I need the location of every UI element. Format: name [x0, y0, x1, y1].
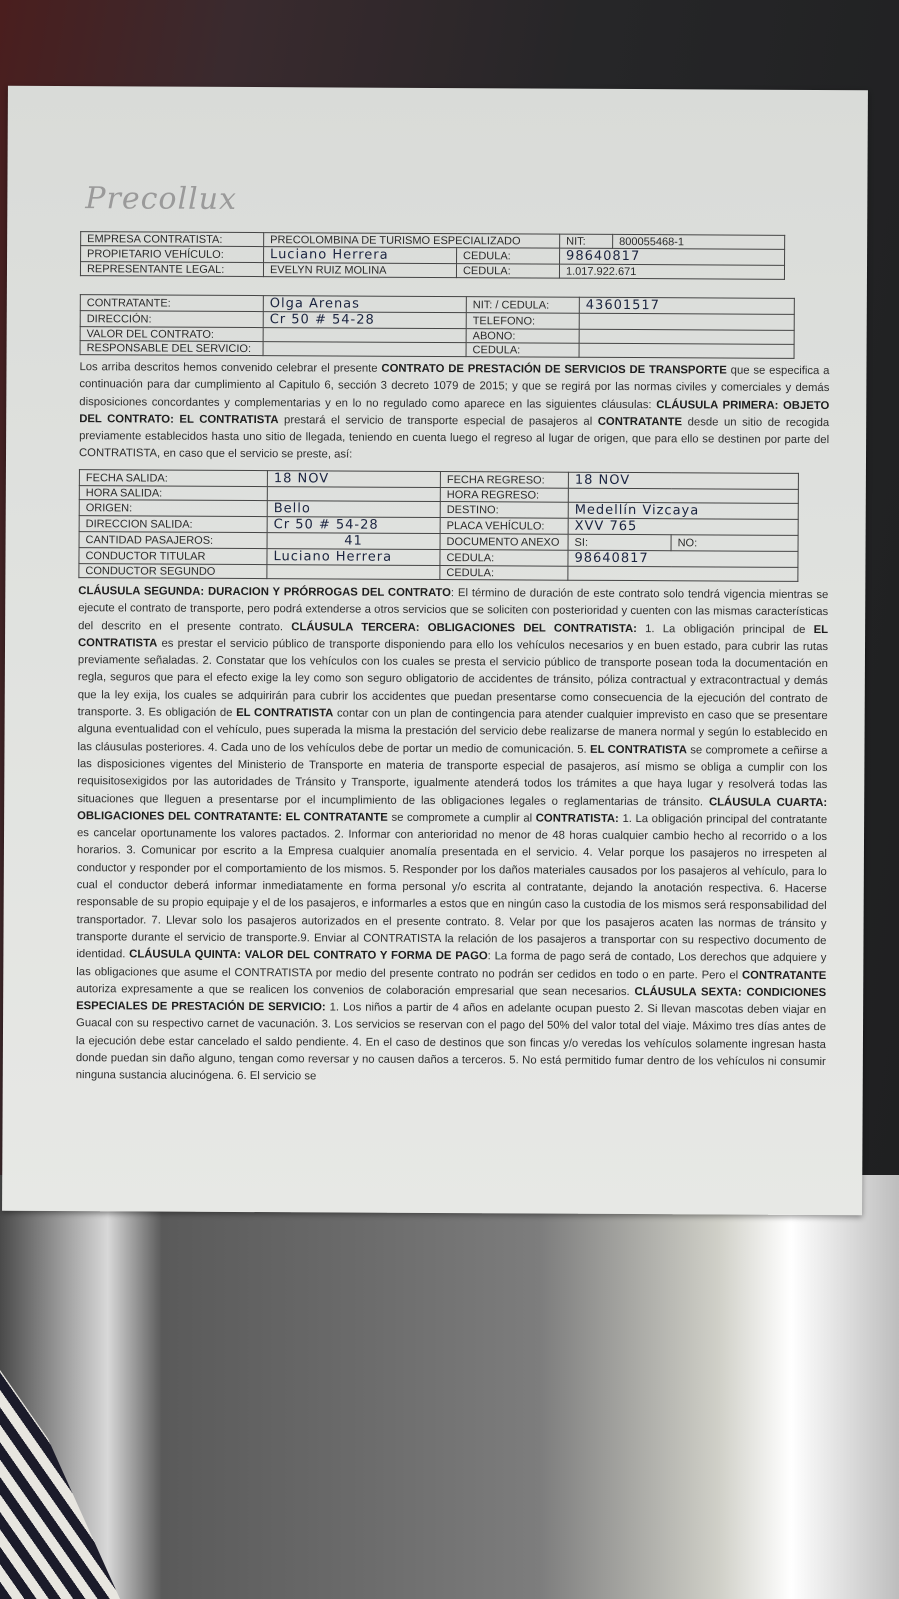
clause-heading: CLÁUSULA SEGUNDA: DURACION Y PRÓRROGAS D… — [78, 585, 451, 599]
field-value: EVELYN RUIZ MOLINA — [263, 263, 456, 278]
bold-text: CONTRATANTE — [742, 969, 826, 981]
field-value: Luciano Herrera — [267, 549, 440, 566]
company-info-table: EMPRESA CONTRATISTA: PRECOLOMBINA DE TUR… — [80, 231, 785, 280]
table-row: RESPONSABLE DEL SERVICIO: CEDULA: — [80, 341, 794, 359]
field-value: Cr 50 # 54-28 — [267, 517, 440, 534]
field-label: RESPONSABLE DEL SERVICIO: — [80, 341, 263, 356]
bold-text: EL CONTRATISTA — [236, 707, 333, 720]
field-value — [579, 313, 794, 330]
field-label: DIRECCIÓN: — [80, 311, 263, 328]
steel-surface-background — [0, 1175, 899, 1599]
field-value: Cr 50 # 54-28 — [263, 312, 466, 329]
bold-text: CONTRATISTA: — [536, 812, 619, 824]
annex-no-checkbox[interactable]: NO: — [671, 535, 798, 552]
text: se compromete a cumplir al — [388, 812, 536, 825]
field-label: CEDULA: — [457, 248, 560, 265]
field-value — [568, 488, 798, 503]
contract-page: Precollux EMPRESA CONTRATISTA: PRECOLOMB… — [2, 86, 868, 1215]
field-label: FECHA REGRESO: — [440, 472, 568, 489]
clauses-paragraph: CLÁUSULA SEGUNDA: DURACION Y PRÓRROGAS D… — [76, 583, 829, 1089]
company-logo: Precollux — [85, 181, 237, 217]
field-label: CEDULA: — [466, 343, 579, 358]
field-value: Medellín Vizcaya — [568, 502, 798, 519]
field-value: Luciano Herrera — [264, 247, 457, 264]
field-value: 18 NOV — [267, 471, 440, 488]
field-label: DIRECCION SALIDA: — [79, 516, 267, 533]
field-label: CEDULA: — [440, 566, 568, 581]
field-value: 98640817 — [560, 248, 785, 265]
field-label: DOCUMENTO ANEXO — [440, 534, 568, 551]
field-label: CONDUCTOR SEGUNDO — [79, 564, 267, 579]
field-value: Bello — [267, 501, 440, 518]
field-label: NIT: / CEDULA: — [466, 297, 579, 314]
field-label: VALOR DEL CONTRATO: — [80, 327, 263, 342]
field-label: CONDUCTOR TITULAR — [79, 548, 267, 565]
field-value: 18 NOV — [568, 472, 798, 489]
field-label: ABONO: — [466, 329, 579, 344]
annex-yes-checkbox[interactable]: SI: — [568, 534, 671, 551]
text: autoriza expresamente a que se realicen … — [76, 983, 634, 998]
field-label: DESTINO: — [440, 502, 568, 519]
field-value: PRECOLOMBINA DE TURISMO ESPECIALIZADO — [264, 233, 560, 249]
field-label: ORIGEN: — [79, 500, 267, 517]
field-label: HORA REGRESO: — [440, 488, 568, 503]
field-label: EMPRESA CONTRATISTA: — [81, 232, 264, 247]
clause-heading: CLÁUSULA QUINTA: VALOR DEL CONTRATO Y FO… — [129, 949, 488, 963]
field-label: PROPIETARIO VEHÍCULO: — [81, 246, 264, 263]
bold-text: EL CONTRATISTA — [590, 743, 687, 756]
field-label: CEDULA: — [440, 550, 568, 567]
field-label: PLACA VEHÍCULO: — [440, 518, 568, 535]
intro-paragraph: Los arriba descritos hemos convenido cel… — [79, 359, 830, 467]
text: 1. La obligación principal de — [637, 623, 814, 636]
field-value — [267, 565, 440, 580]
field-value — [568, 566, 798, 581]
field-value: 800055468-1 — [613, 234, 785, 249]
field-label: CANTIDAD PASAJEROS: — [79, 532, 267, 549]
field-label: NIT: — [560, 234, 613, 248]
field-value — [579, 343, 794, 358]
clause-heading: CLÁUSULA TERCERA: OBLIGACIONES DEL CONTR… — [291, 621, 637, 635]
field-value: 43601517 — [579, 297, 794, 314]
field-value — [263, 328, 466, 343]
trip-details-table: FECHA SALIDA: 18 NOV FECHA REGRESO: 18 N… — [78, 469, 799, 582]
field-label: FECHA SALIDA: — [79, 470, 267, 487]
field-label: TELEFONO: — [466, 313, 579, 330]
text: 1. La obligación principal del contratan… — [76, 813, 827, 961]
table-row: CONDUCTOR SEGUNDO CEDULA: — [79, 564, 798, 582]
text: 1. Los niños a partir de 4 años en adela… — [76, 1002, 826, 1083]
bold-text: CONTRATANTE — [598, 416, 682, 428]
field-value: Olga Arenas — [263, 296, 466, 313]
bold-text: CONTRATO DE PRESTACIÓN DE SERVICIOS DE T… — [381, 363, 726, 377]
field-label: HORA SALIDA: — [79, 486, 267, 501]
field-value — [267, 487, 440, 502]
table-row: REPRESENTANTE LEGAL: EVELYN RUIZ MOLINA … — [80, 262, 784, 280]
field-label: CONTRATANTE: — [80, 295, 263, 312]
field-label: REPRESENTANTE LEGAL: — [80, 262, 263, 277]
field-value: 41 — [267, 533, 440, 550]
field-value: 98640817 — [568, 550, 798, 567]
text: Los arriba descritos hemos convenido cel… — [79, 361, 381, 375]
field-value — [579, 329, 794, 344]
text: prestará el servicio de transporte espec… — [278, 414, 597, 428]
field-value: 1.017.922.671 — [559, 264, 784, 279]
field-value: XVV 765 — [568, 518, 798, 535]
field-label: CEDULA: — [456, 264, 559, 279]
client-info-table: CONTRATANTE: Olga Arenas NIT: / CEDULA: … — [80, 294, 795, 359]
field-value — [263, 342, 466, 357]
text: es prestar el servicio público de transp… — [78, 637, 828, 719]
